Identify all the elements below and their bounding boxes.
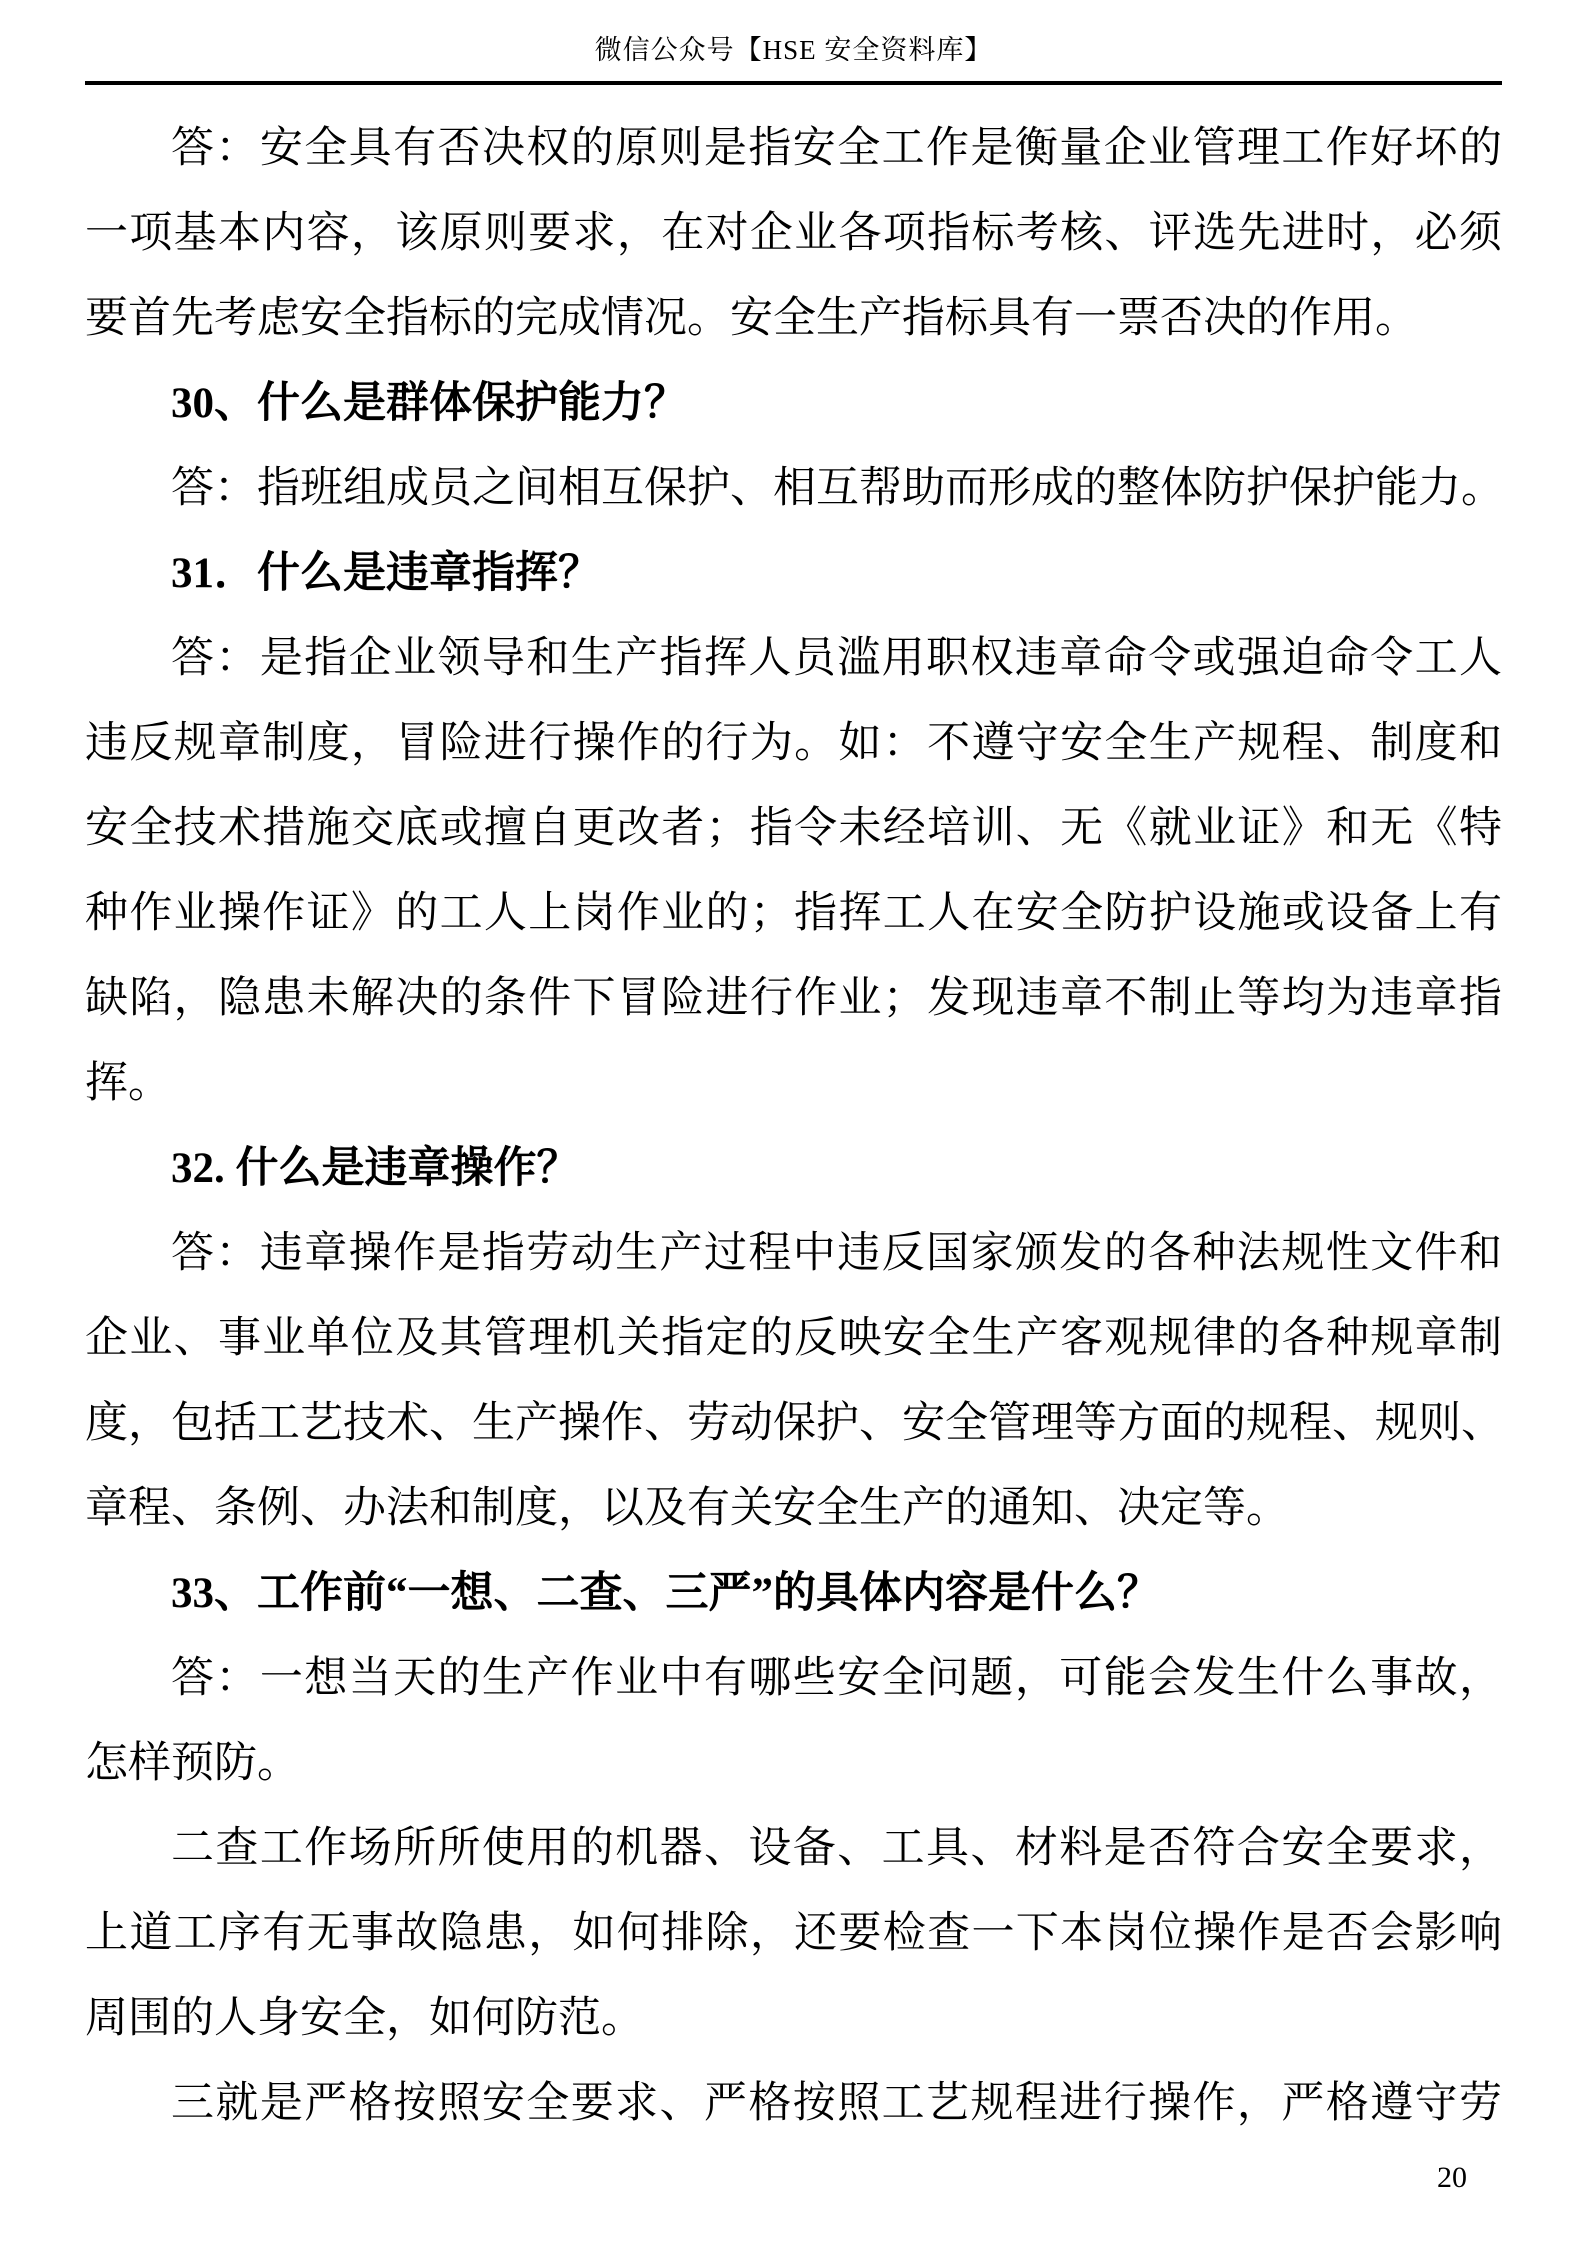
answer-line: 缺陷，隐患未解决的条件下冒险进行作业；发现违章不制止等均为违章指	[85, 956, 1502, 1041]
answer-line: 三就是严格按照安全要求、严格按照工艺规程进行操作，严格遵守劳	[85, 2061, 1502, 2146]
document-page: 微信公众号【HSE 安全资料库】 答：安全具有否决权的原则是指安全工作是衡量企业…	[0, 0, 1587, 2245]
document-body: 答：安全具有否决权的原则是指安全工作是衡量企业管理工作好坏的 一项基本内容，该原…	[0, 85, 1587, 2146]
header-title: 微信公众号【HSE 安全资料库】	[85, 34, 1502, 68]
answer-line: 答：指班组成员之间相互保护、相互帮助而形成的整体防护保护能力。	[85, 446, 1502, 531]
question-heading-33: 33、工作前“一想、二查、三严”的具体内容是什么？	[85, 1551, 1502, 1636]
question-heading-30: 30、什么是群体保护能力？	[85, 361, 1502, 446]
answer-line: 挥。	[85, 1041, 1502, 1126]
page-number: 20	[1437, 2161, 1467, 2194]
answer-line: 安全技术措施交底或擅自更改者；指令未经培训、无《就业证》和无《特	[85, 786, 1502, 871]
answer-line: 一项基本内容，该原则要求，在对企业各项指标考核、评选先进时，必须	[85, 191, 1502, 276]
answer-line: 答：一想当天的生产作业中有哪些安全问题，可能会发生什么事故，	[85, 1636, 1502, 1721]
answer-line: 度，包括工艺技术、生产操作、劳动保护、安全管理等方面的规程、规则、	[85, 1381, 1502, 1466]
answer-line: 周围的人身安全，如何防范。	[85, 1976, 1502, 2061]
answer-line: 违反规章制度，冒险进行操作的行为。如：不遵守安全生产规程、制度和	[85, 701, 1502, 786]
answer-line: 二查工作场所所使用的机器、设备、工具、材料是否符合安全要求，	[85, 1806, 1502, 1891]
answer-line: 答：是指企业领导和生产指挥人员滥用职权违章命令或强迫命令工人	[85, 616, 1502, 701]
answer-line: 答：安全具有否决权的原则是指安全工作是衡量企业管理工作好坏的	[85, 106, 1502, 191]
answer-line: 怎样预防。	[85, 1721, 1502, 1806]
question-heading-31: 31．什么是违章指挥？	[85, 531, 1502, 616]
answer-line: 要首先考虑安全指标的完成情况。安全生产指标具有一票否决的作用。	[85, 276, 1502, 361]
page-footer: 20	[1437, 2163, 1467, 2193]
answer-line: 上道工序有无事故隐患，如何排除，还要检查一下本岗位操作是否会影响	[85, 1891, 1502, 1976]
answer-line: 章程、条例、办法和制度，以及有关安全生产的通知、决定等。	[85, 1466, 1502, 1551]
page-header: 微信公众号【HSE 安全资料库】	[0, 0, 1587, 85]
question-heading-32: 32. 什么是违章操作？	[85, 1126, 1502, 1211]
answer-line: 企业、事业单位及其管理机关指定的反映安全生产客观规律的各种规章制	[85, 1296, 1502, 1381]
answer-line: 种作业操作证》的工人上岗作业的；指挥工人在安全防护设施或设备上有	[85, 871, 1502, 956]
answer-line: 答：违章操作是指劳动生产过程中违反国家颁发的各种法规性文件和	[85, 1211, 1502, 1296]
